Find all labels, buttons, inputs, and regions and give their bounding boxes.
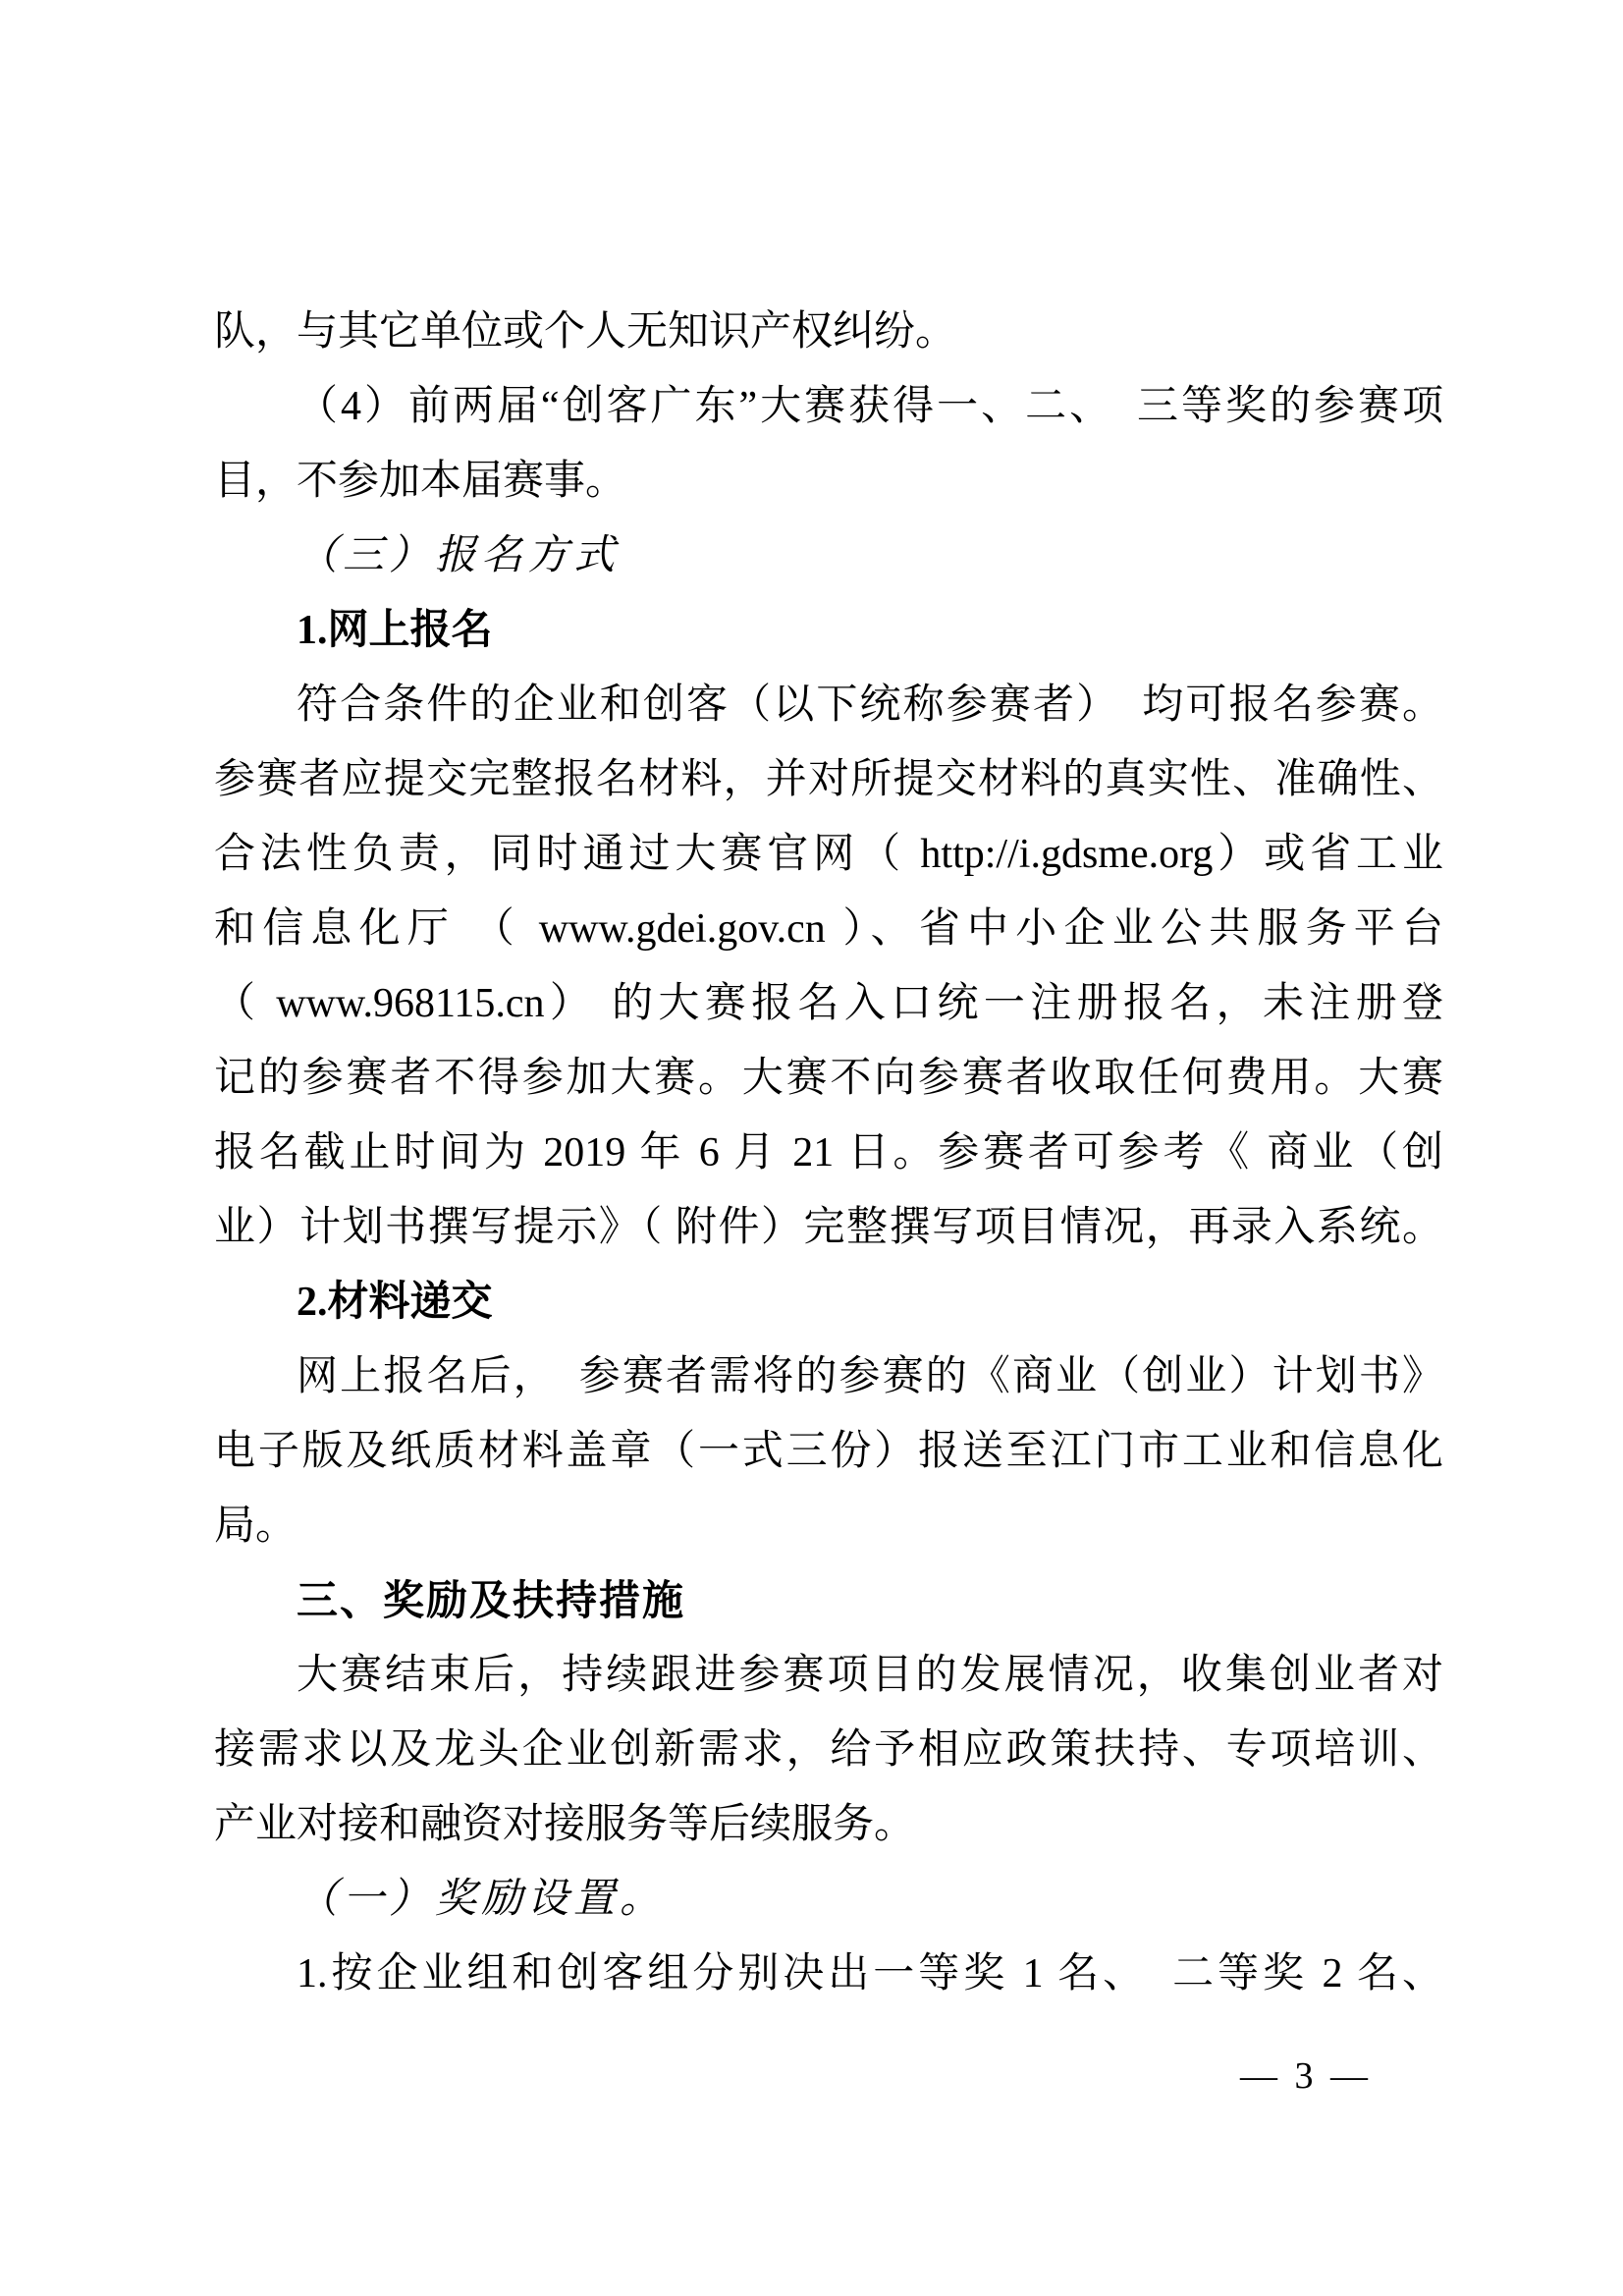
text-line: 队，与其它单位或个人无知识产权纠纷。 (214, 295, 1443, 369)
text-line: 电子版及纸质材料盖章（一式三份）报送至江门市工业和信息化 (214, 1414, 1443, 1489)
numbered-heading: 2.材料递交 (214, 1265, 1443, 1339)
subsection-heading: （三）报名方式 (214, 519, 1443, 593)
text-line: 1.按企业组和创客组分别决出一等奖 1 名、 二等奖 2 名、 (214, 1937, 1443, 2011)
text-line: 参赛者应提交完整报名材料，并对所提交材料的真实性、准确性、 (214, 742, 1443, 817)
text-line: 目，不参加本届赛事。 (214, 444, 1443, 519)
section-heading: 三、奖励及扶持措施 (214, 1563, 1443, 1638)
text-line: （ www.968115.cn） 的大赛报名入口统一注册报名，未注册登 (214, 966, 1443, 1041)
text-line: 网上报名后， 参赛者需将的参赛的《商业（创业）计划书》 (214, 1339, 1443, 1414)
text-line: 接需求以及龙头企业创新需求，给予相应政策扶持、专项培训、 (214, 1713, 1443, 1787)
text-line: （4）前两届“创客广东”大赛获得一、二、 三等奖的参赛项 (214, 369, 1443, 444)
text-line: 记的参赛者不得参加大赛。大赛不向参赛者收取任何费用。大赛 (214, 1041, 1443, 1116)
text-line: 合法性负责，同时通过大赛官网（ http://i.gdsme.org）或省工业 (214, 817, 1443, 892)
text-line: 局。 (214, 1489, 1443, 1563)
numbered-heading: 1.网上报名 (214, 593, 1443, 668)
text-line: 业）计划书撰写提示》（ 附件）完整撰写项目情况，再录入系统。 (214, 1190, 1443, 1265)
page-number: — 3 — (1240, 2054, 1372, 2098)
document-body: 队，与其它单位或个人无知识产权纠纷。 （4）前两届“创客广东”大赛获得一、二、 … (214, 295, 1443, 2011)
text-line: 大赛结束后，持续跟进参赛项目的发展情况，收集创业者对 (214, 1638, 1443, 1713)
text-line: 产业对接和融资对接服务等后续服务。 (214, 1787, 1443, 1862)
subsection-heading: （一）奖励设置。 (214, 1862, 1443, 1937)
document-page: 队，与其它单位或个人无知识产权纠纷。 （4）前两届“创客广东”大赛获得一、二、 … (0, 0, 1623, 2296)
text-line: 报名截止时间为 2019 年 6 月 21 日。参赛者可参考《 商业（创 (214, 1116, 1443, 1190)
text-line: 和信息化厅 （ www.gdei.gov.cn ）、省中小企业公共服务平台 (214, 892, 1443, 966)
text-line: 符合条件的企业和创客（以下统称参赛者） 均可报名参赛。 (214, 668, 1443, 742)
